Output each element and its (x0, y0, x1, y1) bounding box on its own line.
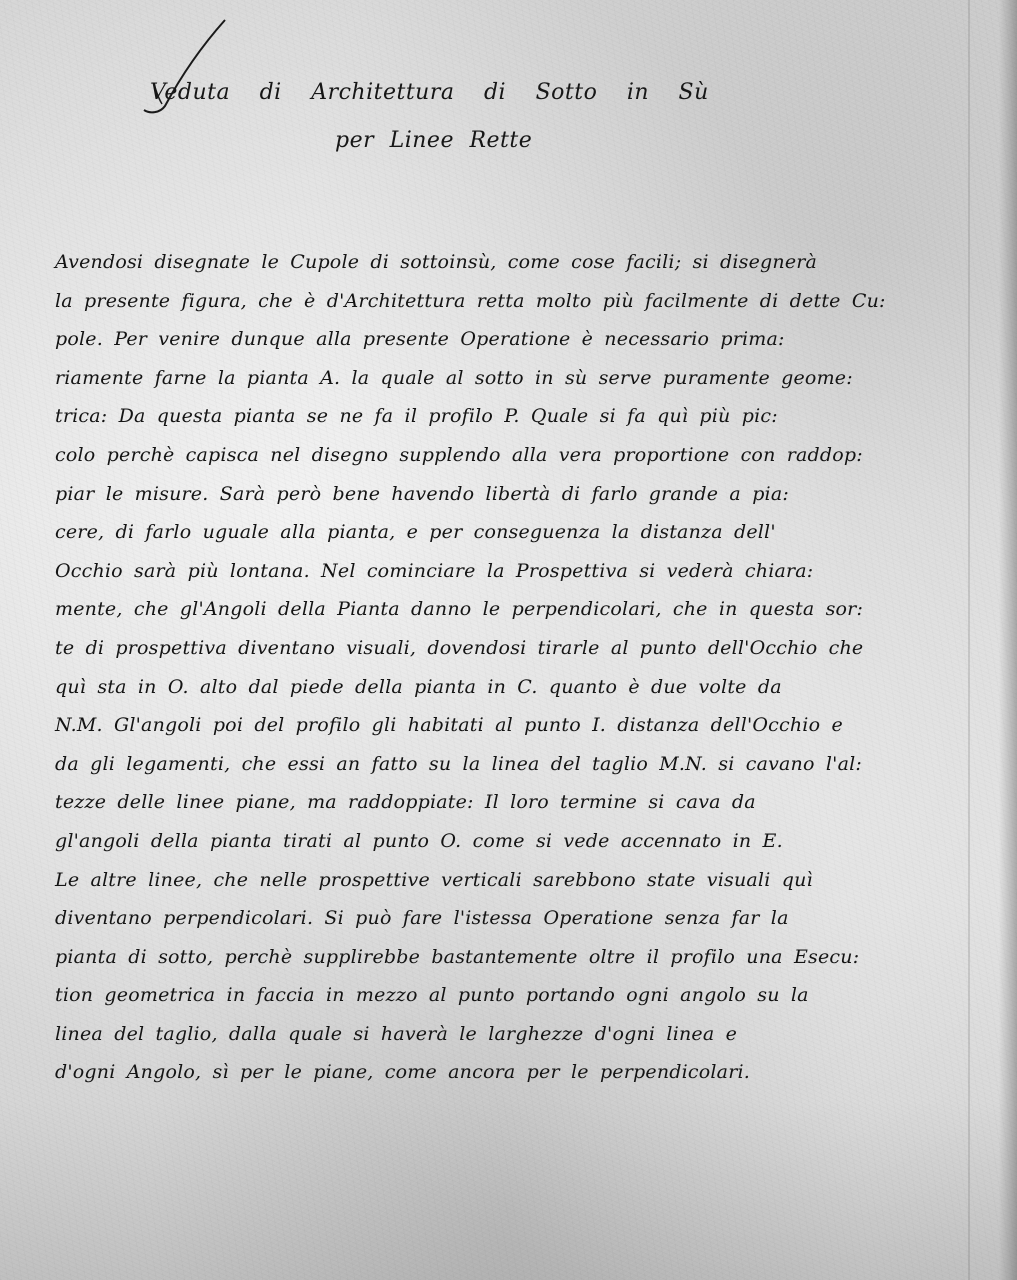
manuscript-line: riamente farne la pianta A. la quale al … (55, 359, 975, 398)
manuscript-line: cere, di farlo uguale alla pianta, e per… (55, 513, 975, 552)
manuscript-line: trica: Da questa pianta se ne fa il prof… (55, 397, 975, 436)
manuscript-line: quì sta in O. alto dal piede della piant… (55, 668, 975, 707)
paper-stain (0, 1100, 1017, 1280)
page-subtitle: per Linee Rette (335, 128, 532, 153)
manuscript-line: gl'angoli della pianta tirati al punto O… (55, 822, 975, 861)
manuscript-line: d'ogni Angolo, sì per le piane, come anc… (55, 1053, 975, 1092)
manuscript-line: pianta di sotto, perchè supplirebbe bast… (55, 938, 975, 977)
manuscript-body: Avendosi disegnate le Cupole di sottoins… (55, 243, 975, 1092)
manuscript-line: la presente figura, che è d'Architettura… (55, 282, 975, 321)
page-title: Veduta di Architettura di Sotto in Sù (150, 80, 709, 105)
manuscript-line: te di prospettiva diventano visuali, dov… (55, 629, 975, 668)
manuscript-line: mente, che gl'Angoli della Pianta danno … (55, 590, 975, 629)
manuscript-line: da gli legamenti, che essi an fatto su l… (55, 745, 975, 784)
manuscript-line: tion geometrica in faccia in mezzo al pu… (55, 976, 975, 1015)
manuscript-line: diventano perpendicolari. Si può fare l'… (55, 899, 975, 938)
manuscript-line: N.M. Gl'angoli poi del profilo gli habit… (55, 706, 975, 745)
manuscript-page: Veduta di Architettura di Sotto in Sù pe… (0, 0, 1017, 1280)
manuscript-line: pole. Per venire dunque alla presente Op… (55, 320, 975, 359)
manuscript-line: colo perchè capisca nel disegno supplend… (55, 436, 975, 475)
manuscript-line: Le altre linee, che nelle prospettive ve… (55, 861, 975, 900)
manuscript-line: Occhio sarà più lontana. Nel cominciare … (55, 552, 975, 591)
manuscript-line: Avendosi disegnate le Cupole di sottoins… (55, 243, 975, 282)
manuscript-line: tezze delle linee piane, ma raddoppiate:… (55, 783, 975, 822)
page-edge-shadow (999, 0, 1017, 1280)
manuscript-line: piar le misure. Sarà però bene havendo l… (55, 475, 975, 514)
manuscript-line: linea del taglio, dalla quale si haverà … (55, 1015, 975, 1054)
